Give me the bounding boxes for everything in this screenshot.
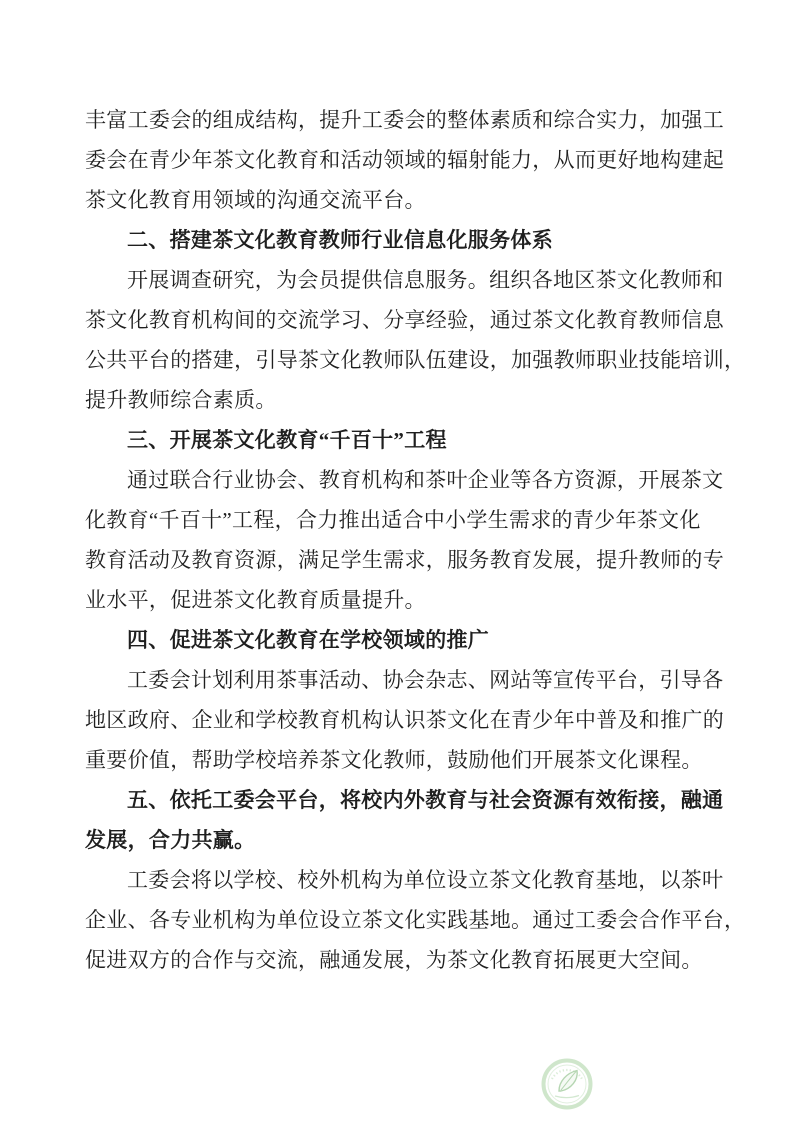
leaf-logo-icon [540,1057,594,1111]
section-heading: 四、促进茶文化教育在学校领域的推广 [85,620,719,660]
paragraph-line: 提升教师综合素质。 [85,380,719,420]
paragraph-line: 茶文化教育用领域的沟通交流平台。 [85,180,719,220]
paragraph-line: 促进双方的合作与交流，融通发展，为茶文化教育拓展更大空间。 [85,940,719,980]
paragraph-line: 丰富工委会的组成结构，提升工委会的整体素质和综合实力，加强工 [85,100,719,140]
paragraph-line: 工委会将以学校、校外机构为单位设立茶文化教育基地，以茶叶 [85,860,719,900]
paragraph-line: 企业、各专业机构为单位设立茶文化实践基地。通过工委会合作平台， [85,900,719,940]
document-body: 丰富工委会的组成结构，提升工委会的整体素质和综合实力，加强工 委会在青少年茶文化… [85,100,719,980]
paragraph-line: 通过联合行业协会、教育机构和茶叶企业等各方资源，开展茶文 [85,460,719,500]
leaf-watermark-logo [540,1057,594,1111]
paragraph-line: 工委会计划利用茶事活动、协会杂志、网站等宣传平台，引导各 [85,660,719,700]
paragraph-line: 公共平台的搭建，引导茶文化教师队伍建设，加强教师职业技能培训， [85,340,719,380]
section-heading: 五、依托工委会平台，将校内外教育与社会资源有效衔接，融通 [85,780,719,820]
paragraph-line: 茶文化教育机构间的交流学习、分享经验，通过茶文化教育教师信息 [85,300,719,340]
paragraph-line: 地区政府、企业和学校教育机构认识茶文化在青少年中普及和推广的 [85,700,719,740]
paragraph-line: 教育活动及教育资源，满足学生需求，服务教育发展，提升教师的专 [85,540,719,580]
section-heading: 发展，合力共赢。 [85,820,719,860]
paragraph-line: 化教育“千百十”工程，合力推出适合中小学生需求的青少年茶文化 [85,500,719,540]
section-heading: 二、搭建茶文化教育教师行业信息化服务体系 [85,220,719,260]
document-page: 丰富工委会的组成结构，提升工委会的整体素质和综合实力，加强工 委会在青少年茶文化… [0,0,799,1130]
section-heading: 三、开展茶文化教育“千百十”工程 [85,420,719,460]
paragraph-line: 业水平，促进茶文化教育质量提升。 [85,580,719,620]
paragraph-line: 重要价值，帮助学校培养茶文化教师，鼓励他们开展茶文化课程。 [85,740,719,780]
paragraph-line: 委会在青少年茶文化教育和活动领域的辐射能力，从而更好地构建起 [85,140,719,180]
paragraph-line: 开展调查研究，为会员提供信息服务。组织各地区茶文化教师和 [85,260,719,300]
